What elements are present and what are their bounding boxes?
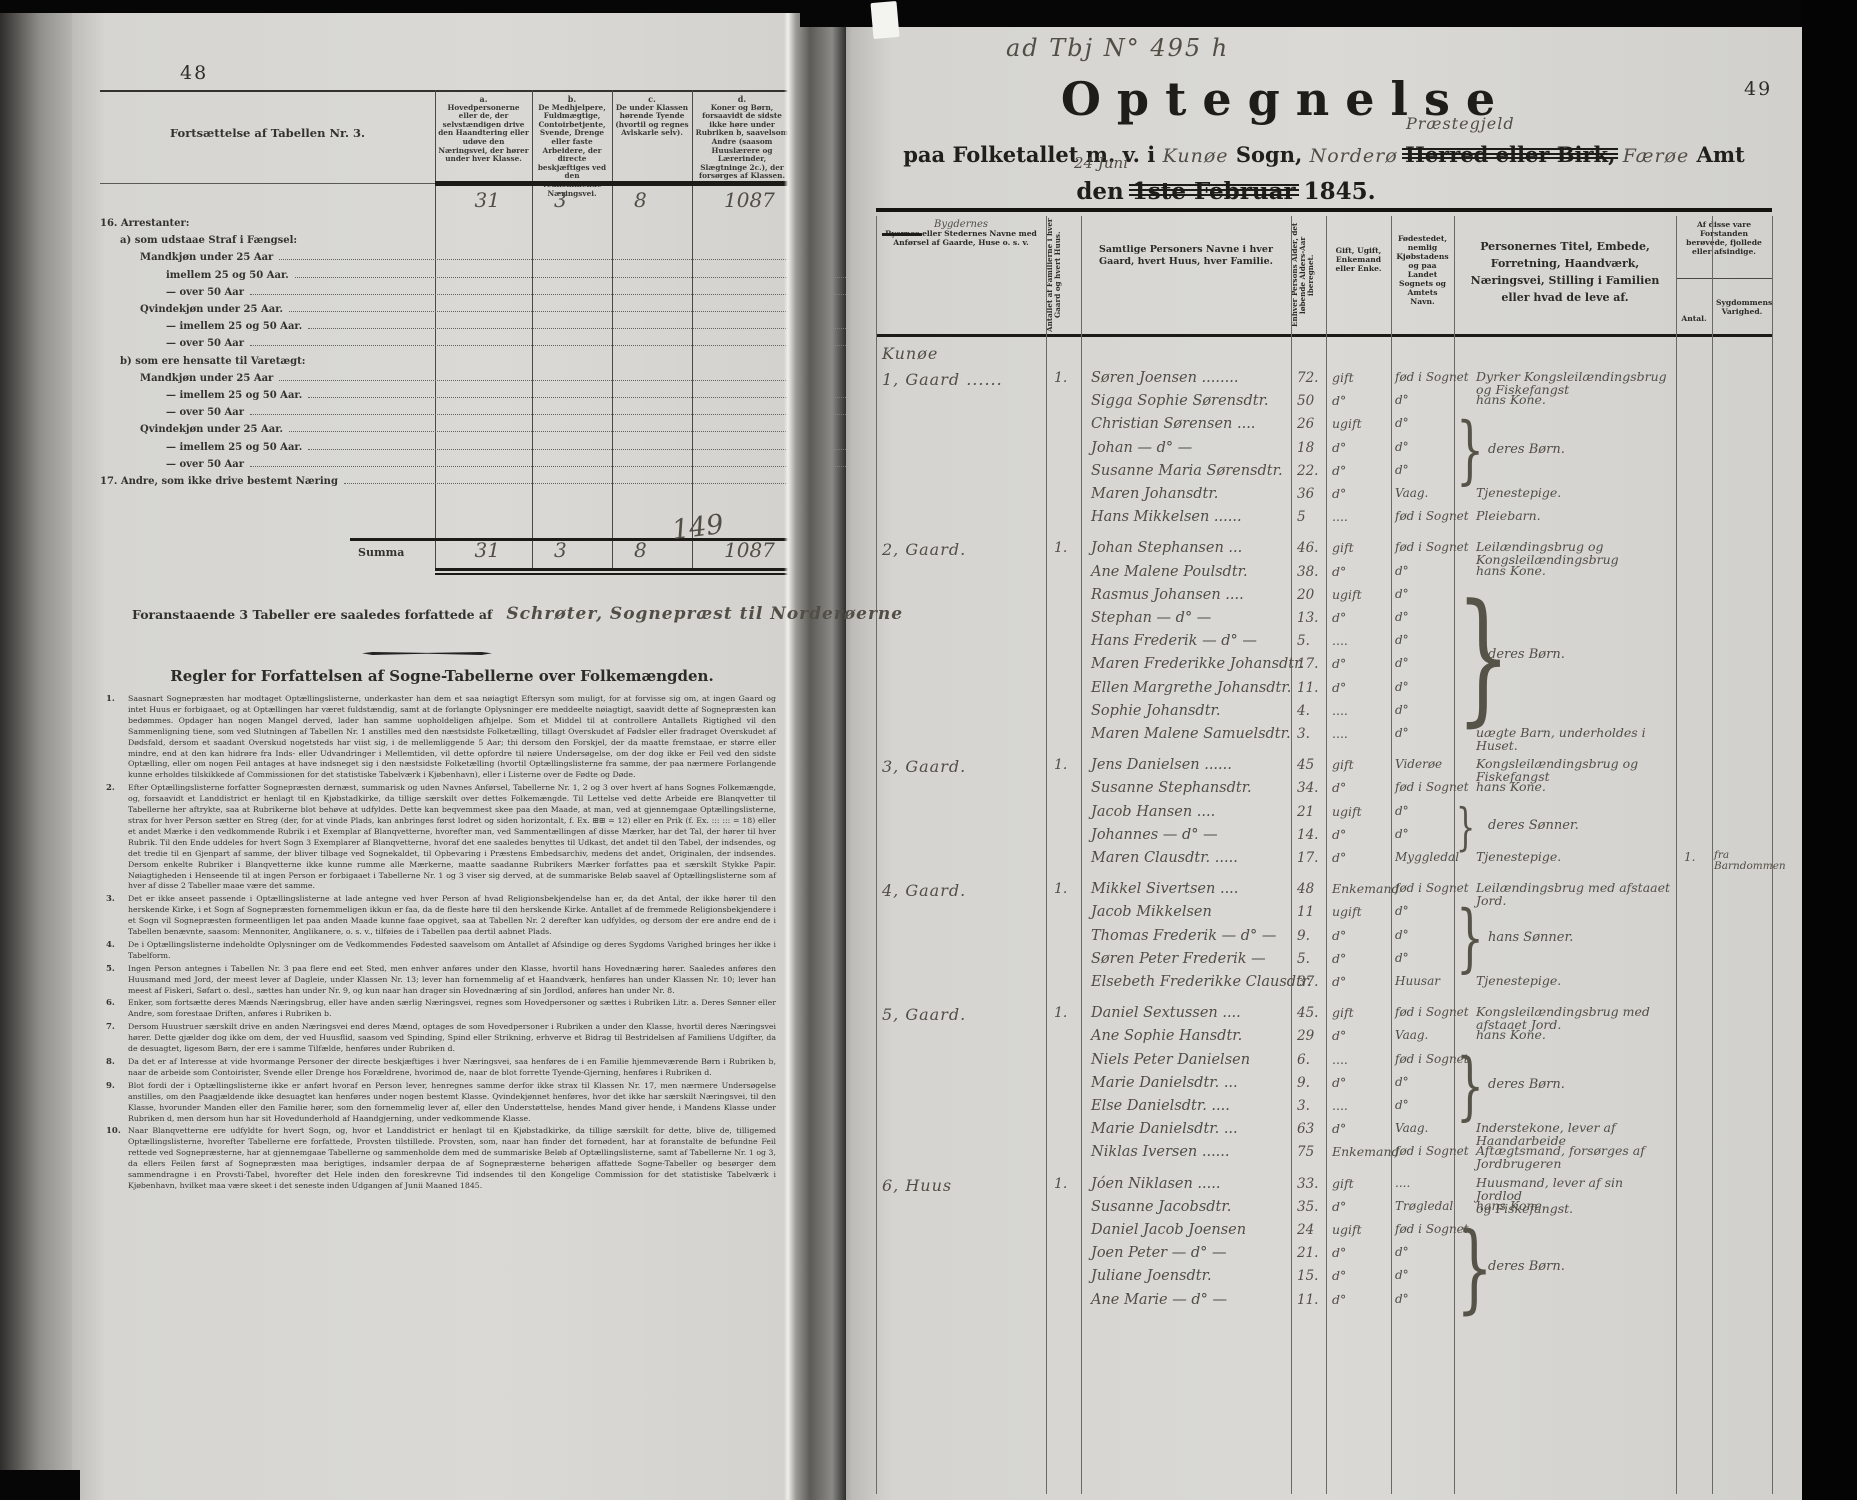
rule-paragraph: 2.Efter Optællingslisterne forfatter Sog… [128,783,776,892]
census-person-status: d° [1332,850,1346,865]
census-person-status: gift [1332,1005,1354,1020]
row-label: — over 50 Aar [166,459,244,470]
right-page-number: 49 [1744,78,1772,100]
census-person-name: Ane Marie — d° — [1091,1292,1227,1308]
row-label: — over 50 Aar [166,338,244,349]
scan-bottom-left-corner [0,1470,80,1500]
table-row: imellem 25 og 50 Aar. [100,264,858,281]
right-page: 49 ad Tbj N° 495 h Optegnelse Præstegjel… [846,26,1802,1500]
census-person-birthplace: Myggledal [1395,850,1459,864]
census-person-status: d° [1332,656,1346,671]
census-vline [1291,216,1292,1494]
census-person-birthplace: fød i Sognet [1395,540,1469,554]
census-person-birthplace: d° [1395,703,1409,717]
census-person-name: Johan — d° — [1091,440,1192,456]
census-person-name: Hans Mikkelsen ...... [1091,509,1242,525]
census-header-bottom-rule [876,334,1772,337]
ornament-divider [362,652,492,655]
table-row: Mandkjøn under 25 Aar [100,367,832,384]
row-label: — imellem 25 og 50 Aar. [166,390,302,401]
rule-paragraph: 3.Det er ikke anseet passende i Optællin… [128,894,776,938]
census-person-age: 18 [1297,440,1314,456]
dotted-leader [250,294,856,295]
census-subcol-varighed: Sygdommens Varighed. [1712,280,1772,334]
rule-paragraph: 9.Blot fordi der i Optællingslisterne ik… [128,1081,776,1125]
census-person-status: d° [1332,1199,1346,1214]
census-person-birthplace: fød i Sognet [1395,1005,1469,1019]
census-person-age: 45 [1297,757,1314,773]
census-person-status: d° [1332,827,1346,842]
row-label: Mandkjøn under 25 Aar [140,252,273,263]
family-brace: } [1456,1050,1484,1124]
left-col-header-a: a.Hovedpersonerne eller de, der selvstæn… [435,94,532,180]
census-person-age: 35. [1297,1199,1318,1215]
census-person-name: Maren Johansdtr. [1091,486,1218,502]
handwritten-place-label: 3, Gaard. [882,757,966,776]
census-person-birthplace: d° [1395,928,1409,942]
rule-number: 2. [106,783,115,794]
census-person-status: d° [1332,928,1346,943]
census-person-age: 11 [1297,904,1314,920]
rule-text: Ingen Person antegnes i Tabellen Nr. 3 p… [128,964,776,995]
census-person-age: 75 [1297,1144,1314,1160]
scan-top-edge-right [800,0,1857,27]
census-vline [1046,216,1047,1494]
census-person-status: .... [1332,633,1348,648]
census-person-birthplace: d° [1395,827,1409,841]
summa-handwritten-value: 8 [634,538,647,562]
dotted-leader [250,414,856,415]
census-col-families: Antallet af Familierne i hver Gaard og h… [1046,218,1081,332]
rules-paragraphs: 1.Saasnart Sognepræsten har modtaget Opt… [128,694,776,1194]
census-person-status: d° [1332,1292,1346,1307]
table-top-rule [100,90,792,92]
census-person-birthplace: Vaag. [1395,1028,1428,1042]
census-person-name: Søren Peter Frederik — [1091,951,1266,967]
insane-duration-note: fra Barndommen [1714,850,1770,872]
census-person-name: Ane Malene Poulsdtr. [1091,564,1248,580]
handwritten-date: 24 Juni [1074,154,1128,172]
census-person-age: 29 [1297,1028,1314,1044]
census-person-birthplace: fød i Sognet [1395,881,1469,895]
census-person-age: 46. [1297,540,1318,556]
census-person-status: d° [1332,463,1346,478]
census-person-name: Joen Peter — d° — [1091,1245,1226,1261]
census-col-occupation: Personernes Titel, Embede, Forretning, H… [1454,216,1676,334]
census-person-age: 17. [1297,656,1318,672]
census-person-age: 9. [1297,1075,1310,1091]
left-col-header-b: b.De Medhjelpere, Fuldmægtige, Contoirbe… [532,94,612,180]
rule-text: Enker, som fortsætte deres Mænds Nærings… [128,998,776,1018]
census-person-birthplace: Vaag. [1395,1121,1428,1135]
census-person-name: Else Danielsdtr. .... [1091,1098,1230,1114]
census-person-name: Maren Clausdtr. ..... [1091,850,1238,866]
handwritten-archive-note: ad Tbj N° 495 h [1006,34,1229,62]
header-thick-rule [435,181,792,186]
census-person-age: 3. [1297,726,1310,742]
page-corner-tab [870,1,899,39]
census-person-birthplace: d° [1395,1292,1409,1306]
summa-rule-below-2 [435,573,792,575]
census-person-age: 9. [1297,928,1310,944]
census-person-birthplace: d° [1395,633,1409,647]
census-vline [1326,216,1327,1494]
amt-label: Amt [1697,142,1745,167]
census-person-name: Ellen Margrethe Johansdtr. [1091,680,1291,696]
form-date-line: den 1ste Februar 1845. [846,178,1606,205]
scan-left-edge [0,0,72,1500]
census-person-name: Daniel Jacob Joensen [1091,1222,1246,1238]
census-person-name: Niklas Iversen ...... [1091,1144,1230,1160]
census-person-occupation: hans Kone. [1476,1028,1672,1041]
census-person-birthplace: d° [1395,610,1409,624]
handwritten-family-number: 1. [1054,370,1067,386]
census-person-age: 5 [1297,509,1306,525]
census-top-rule [876,208,1772,212]
census-person-status: d° [1332,564,1346,579]
census-vline [1772,216,1773,1494]
handwritten-margin-number: 149 [670,509,725,546]
census-person-occupation: Pleiebarn. [1476,509,1672,522]
census-person-name: Jacob Hansen .... [1091,804,1215,820]
left-page: 48 Fortsættelse af Tabellen Nr. 3. a.Hov… [72,12,788,1500]
census-col-place: BygdernesByernes eller Stedernes Navne m… [876,216,1046,334]
rule-paragraph: 5.Ingen Person antegnes i Tabellen Nr. 3… [128,964,776,997]
census-person-birthplace: d° [1395,587,1409,601]
rule-text: Det er ikke anseet passende i Optællings… [128,894,776,936]
census-person-birthplace: Trøgledal [1395,1199,1453,1213]
census-person-age: 6. [1297,1052,1310,1068]
handwritten-place-label: 5, Gaard. [882,1005,966,1024]
census-person-name: Elsebeth Frederikke Clausdtr. [1091,974,1312,990]
census-person-age: 13. [1297,610,1318,626]
census-person-occupation: hans Kone. [1476,780,1672,793]
census-person-age: 11. [1297,680,1318,696]
table-row: 16. Arrestanter: [100,212,792,229]
row-label: — imellem 25 og 50 Aar. [166,321,302,332]
census-person-status: d° [1332,440,1346,455]
census-person-birthplace: Huusar [1395,974,1440,988]
census-col-birth: Fødestedet, nemlig Kjøbstadens og paa La… [1391,216,1454,334]
table-row: Mandkjøn under 25 Aar [100,246,832,263]
census-person-name: Maren Malene Samuelsdtr. [1091,726,1291,742]
table-row: — over 50 Aar [100,401,858,418]
census-person-birthplace: fød i Sognet [1395,509,1469,523]
dotted-leader [250,466,856,467]
census-person-status: d° [1332,1268,1346,1283]
census-person-birthplace: fød i Sognet [1395,780,1469,794]
row-label: b) som ere hensatte til Varetægt: [120,356,305,367]
rule-paragraph: 7.Dersom Huustruer særskilt drive en and… [128,1022,776,1055]
rule-paragraph: 6.Enker, som fortsætte deres Mænds Nærin… [128,998,776,1020]
rule-paragraph: 1.Saasnart Sognepræsten har modtaget Opt… [128,694,776,781]
row-label: — imellem 25 og 50 Aar. [166,442,302,453]
census-person-birthplace: fød i Sognet [1395,370,1469,384]
table-row: — imellem 25 og 50 Aar. [100,384,858,401]
row-label: Mandkjøn under 25 Aar [140,373,273,384]
census-person-name: Sophie Johansdtr. [1091,703,1220,719]
census-person-birthplace: d° [1395,1245,1409,1259]
census-person-name: Johannes — d° — [1091,827,1218,843]
table-row: a) som udstaae Straf i Fængsel: [100,229,812,246]
census-person-status: Enkemand [1332,881,1400,896]
dotted-leader [295,277,856,278]
rule-number: 5. [106,964,115,975]
census-col-age: Enhver Persons Alder, det løbende Alders… [1291,218,1326,332]
census-person-age: 63 [1297,1121,1314,1137]
rule-number: 10. [106,1126,121,1137]
census-person-birthplace: d° [1395,680,1409,694]
census-person-status: gift [1332,757,1354,772]
census-person-age: 21 [1297,804,1314,820]
rule-number: 6. [106,998,115,1009]
year-label: 1845. [1304,178,1376,205]
census-person-age: 14. [1297,827,1318,843]
census-person-age: 5. [1297,951,1310,967]
statistics-table: Fortsættelse af Tabellen Nr. 3. a.Hovedp… [100,90,792,575]
table-row: 17. Andre, som ikke drive bestemt Næring [100,470,792,487]
table-row: — over 50 Aar [100,453,858,470]
census-person-birthplace: d° [1395,1268,1409,1282]
date-prefix: den [1076,178,1123,205]
row-label: a) som udstaae Straf i Fængsel: [120,235,297,246]
dotted-leader [308,328,856,329]
family-brace: } [1456,902,1484,976]
census-person-status: d° [1332,393,1346,408]
census-person-name: Jóen Niklasen ..... [1091,1176,1220,1192]
left-col-header-c: c.De under Klassen hørende Tyende (hvort… [612,94,692,180]
census-person-age: 22. [1297,463,1318,479]
census-person-birthplace: d° [1395,1075,1409,1089]
left-col-header-d: d.Koner og Børn, forsaavidt de sidste ik… [692,94,792,180]
census-person-age: 17. [1297,850,1318,866]
census-person-name: Susanne Jacobsdtr. [1091,1199,1231,1215]
census-person-age: 5. [1297,633,1310,649]
table-caption: Fortsættelse af Tabellen Nr. 3. [100,126,435,140]
table-row: Qvindekjøn under 25 Aar. [100,298,832,315]
rule-number: 8. [106,1057,115,1068]
handwritten-place-label: 6, Huus [882,1176,952,1195]
census-person-name: Susanne Stephansdtr. [1091,780,1252,796]
rule-text: Saasnart Sognepræsten har modtaget Optæl… [128,694,776,779]
census-person-name: Daniel Sextussen .... [1091,1005,1241,1021]
dotted-leader [289,431,830,432]
census-person-name: Thomas Frederik — d° — [1091,928,1276,944]
dotted-leader [289,311,830,312]
summa-handwritten-value: 1087 [724,538,775,562]
census-person-birthplace: d° [1395,804,1409,818]
census-person-age: 50 [1297,393,1314,409]
dotted-leader [250,345,856,346]
row-label: Qvindekjøn under 25 Aar. [140,424,283,435]
table-row: — over 50 Aar [100,281,858,298]
family-brace-label: deres Børn. [1488,1077,1565,1092]
col-header-text: Hovedpersonerne eller de, der selvstændi… [438,103,529,164]
census-person-age: 72. [1297,370,1318,386]
census-person-name: Mikkel Sivertsen .... [1091,881,1238,897]
sogn-label: Sogn, [1236,142,1302,167]
census-person-name: Marie Danielsdtr. ... [1091,1075,1238,1091]
family-brace-label: deres Børn. [1488,1259,1565,1274]
census-person-age: 34. [1297,780,1318,796]
census-person-status: ugift [1332,1222,1362,1237]
census-person-age: 3. [1297,1098,1310,1114]
family-brace-label: deres Sønner. [1488,818,1579,833]
census-vline [1081,216,1082,1494]
scanned-census-book-spread: 48 Fortsættelse af Tabellen Nr. 3. a.Hov… [0,0,1857,1500]
left-page-number: 48 [180,62,208,84]
dotted-leader [308,449,856,450]
family-brace: } [1456,414,1484,488]
summa-rule-below [435,568,792,571]
census-person-status: d° [1332,1075,1346,1090]
census-person-birthplace: d° [1395,564,1409,578]
census-vline [1391,216,1392,1494]
census-person-status: d° [1332,1121,1346,1136]
census-person-occupation: Tjenestepige. [1476,486,1672,499]
handwritten-place-label: 1, Gaard ...... [882,370,1003,389]
rule-number: 7. [106,1022,115,1033]
census-person-birthplace: Vaag. [1395,486,1428,500]
census-person-birthplace: d° [1395,416,1409,430]
census-person-status: d° [1332,1245,1346,1260]
census-person-age: 33. [1297,1176,1318,1192]
dotted-leader [308,397,856,398]
census-person-age: 37. [1297,974,1318,990]
rule-text: Da det er af Interesse at vide hvormange… [128,1057,776,1077]
census-person-occupation: Leilændingsbrug med afstaaet Jord. [1476,881,1672,907]
census-person-status: .... [1332,726,1348,741]
rule-text: Blot fordi der i Optællingslisterne ikke… [128,1081,776,1123]
col-header-text: De under Klassen hørende Tyende (hvortil… [615,103,688,138]
census-person-status: ugift [1332,904,1362,919]
census-person-age: 20 [1297,587,1314,603]
census-table: BygdernesByernes eller Stedernes Navne m… [876,208,1772,1498]
census-person-name: Maren Frederikke Johansdtr. [1091,656,1304,672]
census-person-birthplace: d° [1395,463,1409,477]
rule-number: 1. [106,694,115,705]
table-row: — over 50 Aar [100,332,858,349]
handwritten-place-label: 4, Gaard. [882,881,966,900]
census-col-status: Gift, Ugift, Enkemand eller Enke. [1326,216,1391,334]
census-person-birthplace: d° [1395,440,1409,454]
census-person-age: 38. [1297,564,1318,580]
census-person-status: gift [1332,540,1354,555]
census-person-name: Marie Danielsdtr. ... [1091,1121,1238,1137]
handwritten-praestegjeld: Præstegjeld [1406,114,1515,133]
handwritten-family-number: 1. [1054,1176,1067,1192]
handwritten-place-label: 2, Gaard. [882,540,966,559]
handwritten-value: 31 [475,188,500,212]
census-person-birthplace: d° [1395,656,1409,670]
census-person-occupation: hans Kone. [1476,1199,1672,1212]
attestation-line: Foranstaaende 3 Tabeller ere saaledes fo… [132,604,903,624]
census-person-age: 4. [1297,703,1310,719]
family-brace-label: hans Sønner. [1488,930,1573,945]
census-person-birthplace: d° [1395,904,1409,918]
census-person-status: ugift [1332,587,1362,602]
census-person-status: .... [1332,1052,1348,1067]
col-header-text: Koner og Børn, forsaavidt de sidste ikke… [696,103,789,181]
rule-text: Efter Optællingslisterne forfatter Sogne… [128,783,776,890]
form-subtitle-line: paa Folketallet m. v. i Kunøe Sogn, Nord… [846,142,1802,167]
insane-subdivider [1676,278,1772,279]
census-person-occupation: Tjenestepige. [1476,850,1672,863]
census-person-name: Ane Sophie Hansdtr. [1091,1028,1242,1044]
row-label: — over 50 Aar [166,287,244,298]
census-person-age: 15. [1297,1268,1318,1284]
dotted-leader [279,380,830,381]
census-person-birthplace: .... [1395,1176,1410,1190]
census-person-name: Hans Frederik — d° — [1091,633,1257,649]
census-person-name: Sigga Sophie Sørensdtr. [1091,393,1269,409]
rule-number: 3. [106,894,115,905]
struck-byernes: Byernes [885,229,919,238]
dotted-leader [279,259,830,260]
census-person-age: 36 [1297,486,1314,502]
census-person-birthplace: d° [1395,726,1409,740]
handwritten-value: 8 [634,188,647,212]
handwritten-bygdernes: Bygdernes [880,220,1042,229]
scan-right-edge [1802,0,1857,1500]
census-col-names: Samtlige Personers Navne i hver Gaard, h… [1081,216,1291,334]
census-person-status: d° [1332,486,1346,501]
census-person-name: Jacob Mikkelsen [1091,904,1212,920]
census-person-birthplace: fød i Sognet [1395,1144,1469,1158]
census-person-birthplace: d° [1395,1098,1409,1112]
handwritten-value: 3 [554,188,567,212]
census-person-age: 11. [1297,1292,1318,1308]
family-brace-label: deres Børn. [1488,647,1565,662]
summa-row: Summa [100,542,792,559]
census-person-status: d° [1332,610,1346,625]
rule-text: De i Optællingslisterne indeholdte Oplys… [128,940,776,960]
rule-text: Dersom Huustruer særskilt drive en anden… [128,1022,776,1053]
row-label: imellem 25 og 50 Aar. [166,270,289,281]
handwritten-value: 1087 [724,188,775,212]
census-person-age: 45. [1297,1005,1318,1021]
summa-handwritten-value: 31 [475,538,500,562]
census-subcol-antal: Antal. [1676,280,1712,334]
census-person-occupation: Aftægtsmand, forsørges af Jordbrugeren [1476,1144,1672,1170]
rule-paragraph: 8.Da det er af Interesse at vide hvorman… [128,1057,776,1079]
census-person-age: 48 [1297,881,1314,897]
summa-handwritten-value: 3 [554,538,567,562]
census-person-status: ugift [1332,804,1362,819]
census-person-name: Rasmus Johansen .... [1091,587,1244,603]
rule-paragraph: 10.Naar Blanqvetterne ere udfyldte for h… [128,1126,776,1191]
row-label: 17. Andre, som ikke drive bestemt Næring [100,476,338,487]
census-person-birthplace: d° [1395,951,1409,965]
header-thin-rule [100,183,435,184]
attestation-text: Foranstaaende 3 Tabeller ere saaledes fo… [132,607,492,622]
census-person-occupation: Tjenestepige. [1476,974,1672,987]
census-person-status: .... [1332,1098,1348,1113]
census-person-birthplace: Viderøe [1395,757,1442,771]
census-vline [1712,216,1713,1494]
census-person-name: Jens Danielsen ...... [1091,757,1232,773]
handwritten-island-name: Kunøe [882,344,938,363]
census-person-status: gift [1332,370,1354,385]
census-col-insane: Af disse vare Forstanden berøvede, fjoll… [1676,216,1772,274]
handwritten-family-number: 1. [1054,757,1067,773]
census-person-name: Susanne Maria Sørensdtr. [1091,463,1283,479]
table-row: Qvindekjøn under 25 Aar. [100,418,832,435]
row-label: 16. Arrestanter: [100,218,189,229]
family-brace: } [1456,802,1475,852]
census-person-status: gift [1332,1176,1354,1191]
census-person-status: .... [1332,509,1348,524]
